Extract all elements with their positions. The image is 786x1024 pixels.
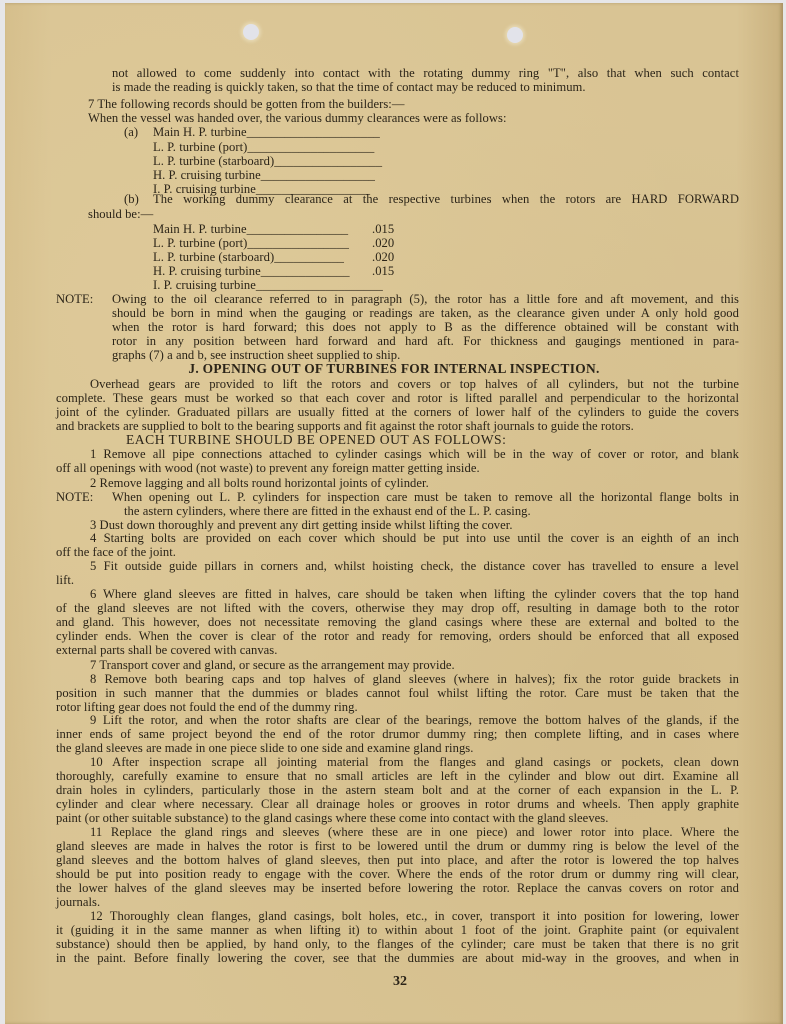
clearance-item-name: I. P. cruising turbine__________________… (153, 278, 383, 292)
text-line: not allowed to come suddenly into contac… (112, 66, 739, 80)
step-s11: should be put into position ready to eng… (56, 867, 739, 881)
clearance-item-name: Main H. P. turbine________________ (153, 222, 348, 236)
step-s5: lift. (56, 573, 74, 587)
list-a-item: H. P. cruising turbine__________________ (153, 168, 375, 182)
note-label: NOTE: (56, 490, 93, 504)
list-a-item: L. P. turbine (starboard)_______________… (153, 154, 382, 168)
step-s11: gland sleeves are made in halves the rot… (56, 839, 739, 853)
step-s9: 9 Lift the rotor, and when the rotor sha… (90, 713, 739, 727)
text-line: joint of the cylinder. Graduated pillars… (56, 405, 739, 419)
step-s1: off all openings with wood (not waste) t… (56, 461, 480, 475)
text-line: The working dummy clearance at the respe… (153, 192, 739, 206)
step-s4: 4 Starting bolts are provided on each co… (90, 531, 739, 545)
step-s5: 5 Fit outside guide pillars in corners a… (90, 559, 739, 573)
step-s11: the lower halves of the gland sleeves ma… (56, 881, 739, 895)
list-label-a: (a) (124, 125, 138, 139)
clearance-value: .020 (372, 236, 394, 250)
text-line: rotor in any position between hard forwa… (112, 334, 739, 348)
text-line: when the rotor is hard forward; this doe… (112, 320, 739, 334)
punch-hole (243, 24, 259, 40)
step-s8: 8 Remove both bearing caps and top halve… (90, 672, 739, 686)
step-s10: 10 After inspection scrape all jointing … (90, 755, 739, 769)
step-s6: 6 Where gland sleeves are fitted in halv… (90, 587, 739, 601)
clearance-value: .015 (372, 264, 394, 278)
text-line: complete. These gears must be worked so … (56, 391, 739, 405)
list-a-item: L. P. turbine (port)____________________ (153, 140, 374, 154)
step-s1: 1 Remove all pipe connections attached t… (90, 447, 739, 461)
clearance-value: .015 (372, 222, 394, 236)
page-number: 32 (56, 975, 744, 989)
step-s12: it (guiding it in the same manner as whe… (56, 923, 739, 937)
step-s10: thoroughly, carefully examine to ensure … (56, 769, 739, 783)
clearance-item-name: L. P. turbine (starboard)___________ (153, 250, 344, 264)
clearance-item-name: L. P. turbine (port)________________ (153, 236, 349, 250)
section-heading: J. OPENING OUT OF TURBINES FOR INTERNAL … (56, 362, 732, 376)
text-line: and brackets are supplied to bolt to the… (56, 419, 634, 433)
paragraph-7: 7 The following records should be gotten… (88, 97, 405, 111)
step-s10: paint (or other suitable substance) to t… (56, 811, 608, 825)
text-line: graphs (7) a and b, see instruction shee… (112, 348, 400, 362)
step-s6: of the gland sleeves are not lifted with… (56, 601, 739, 615)
step-s2: 2 Remove lagging and all bolts round hor… (90, 476, 429, 490)
step-s11: 11 Replace the gland rings and sleeves (… (90, 825, 739, 839)
step-s9: the gland sleeves are made in one piece … (56, 741, 473, 755)
punch-hole (507, 27, 523, 43)
text-line: should be born in mind when the gauging … (112, 306, 739, 320)
text-line: Owing to the oil clearance referred to i… (112, 292, 739, 306)
clearance-item-name: H. P. cruising turbine______________ (153, 264, 350, 278)
clearance-value: .020 (372, 250, 394, 264)
text-line: Overhead gears are provided to lift the … (90, 377, 739, 391)
step-s11: gland sleeves and the bottom halves of g… (56, 853, 739, 867)
step-s8: rotor lifting gear does not fould the en… (56, 700, 358, 714)
text-line: When opening out L. P. cylinders for ins… (112, 490, 739, 504)
list-a-item: Main H. P. turbine_____________________ (153, 125, 380, 139)
step-s6: and gland. This however, does not necess… (56, 615, 739, 629)
list-label-b: (b) (124, 192, 139, 206)
step-s12: substance) should then be applied, by ha… (56, 937, 739, 951)
text-line: is made the reading is quickly taken, so… (112, 80, 586, 94)
step-s10: cylinder and clear where necessary. Clea… (56, 797, 739, 811)
step-s7: 7 Transport cover and gland, or secure a… (90, 658, 455, 672)
text-line: When the vessel was handed over, the var… (88, 111, 507, 125)
step-s8: position in such manner that the dummies… (56, 686, 739, 700)
step-s6: external parts shall be covered with can… (56, 643, 277, 657)
document-page: not allowed to come suddenly into contac… (5, 3, 783, 1024)
step-s10: drain holes in cylinders, particularly t… (56, 783, 739, 797)
subheading: EACH TURBINE SHOULD BE OPENED OUT AS FOL… (126, 433, 506, 447)
step-s6: cylinder ends. When the cover is clear o… (56, 629, 739, 643)
step-s4: off the face of the joint. (56, 545, 176, 559)
step-s3: 3 Dust down thoroughly and prevent any d… (90, 518, 513, 532)
text-line: should be:— (88, 207, 153, 221)
step-s11: journals. (56, 895, 100, 909)
step-s12: 12 Thoroughly clean flanges, gland casin… (90, 909, 739, 923)
step-s12: in the paint. Before finally lowering th… (56, 951, 739, 965)
text-line: the astern cylinders, where there are fi… (124, 504, 531, 518)
note-label: NOTE: (56, 292, 93, 306)
step-s9: inner ends of same project beyond the en… (56, 727, 739, 741)
